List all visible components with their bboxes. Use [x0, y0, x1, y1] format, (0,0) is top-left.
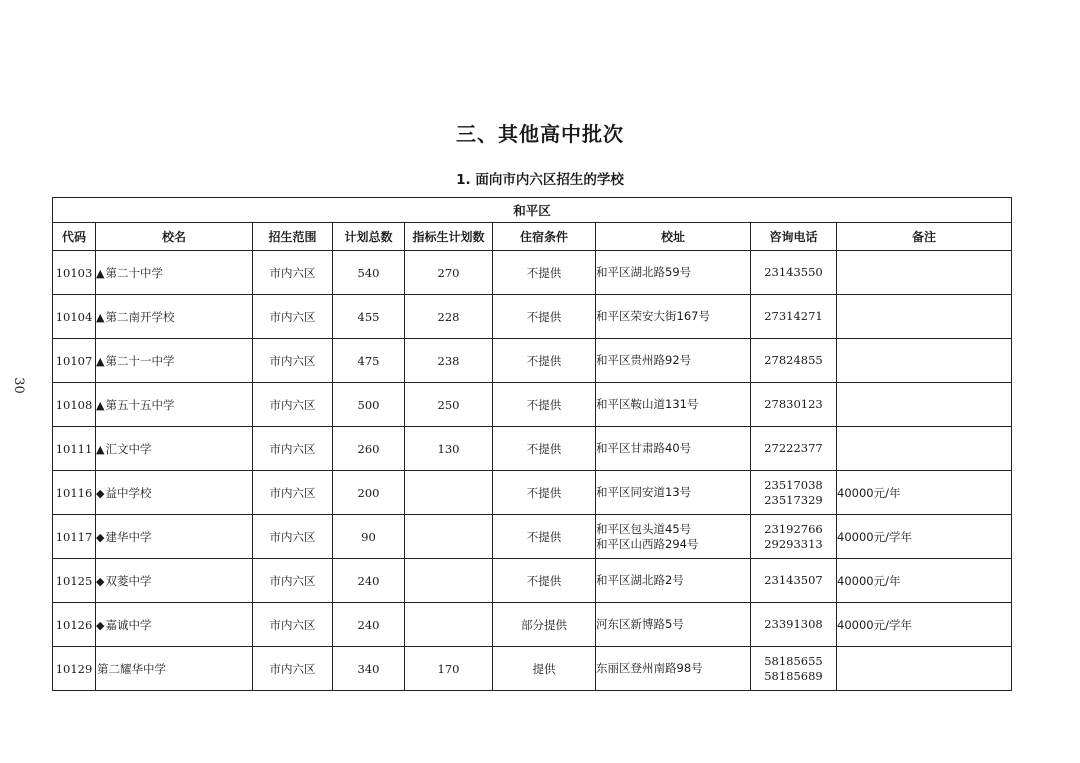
school-name: 汇文中学 — [105, 442, 151, 456]
school-code: 10117 — [53, 515, 96, 559]
quota-plan — [405, 559, 493, 603]
phone-cell: 27314271 — [751, 295, 837, 339]
table-row: 10108▲第五十五中学市内六区500250不提供和平区鞍山道131号27830… — [53, 383, 1012, 427]
school-code: 10104 — [53, 295, 96, 339]
quota-plan: 250 — [405, 383, 493, 427]
quota-plan — [405, 471, 493, 515]
remark: 40000元/年 — [837, 471, 1012, 515]
school-code: 10116 — [53, 471, 96, 515]
school-name-cell: ▲第二十中学 — [96, 251, 253, 295]
diamond-marker-icon: ◆ — [96, 575, 104, 588]
col-header-lodging: 住宿条件 — [493, 223, 596, 251]
school-name-cell: ▲汇文中学 — [96, 427, 253, 471]
plan-total: 475 — [333, 339, 405, 383]
quota-plan: 130 — [405, 427, 493, 471]
school-code: 10126 — [53, 603, 96, 647]
plan-total: 240 — [333, 559, 405, 603]
plan-total: 260 — [333, 427, 405, 471]
school-name: 第二十一中学 — [105, 354, 174, 368]
remark: 40000元/学年 — [837, 603, 1012, 647]
quota-plan: 270 — [405, 251, 493, 295]
table-row: 10116◆益中学校市内六区200不提供和平区同安道13号23517038235… — [53, 471, 1012, 515]
school-address: 和平区包头道45号 — [596, 522, 750, 537]
table-row: 10111▲汇文中学市内六区260130不提供和平区甘肃路40号27222377 — [53, 427, 1012, 471]
school-address: 和平区贵州路92号 — [596, 353, 750, 368]
plan-total: 540 — [333, 251, 405, 295]
lodging-condition: 不提供 — [493, 559, 596, 603]
contact-phone: 23143507 — [751, 573, 836, 588]
col-header-name: 校名 — [96, 223, 253, 251]
remark — [837, 339, 1012, 383]
enrollment-scope: 市内六区 — [253, 383, 333, 427]
lodging-condition: 不提供 — [493, 427, 596, 471]
enrollment-scope: 市内六区 — [253, 515, 333, 559]
remark — [837, 383, 1012, 427]
remark — [837, 647, 1012, 691]
col-header-total: 计划总数 — [333, 223, 405, 251]
remark: 40000元/学年 — [837, 515, 1012, 559]
col-header-address: 校址 — [596, 223, 751, 251]
col-header-scope: 招生范围 — [253, 223, 333, 251]
page-number: 30 — [11, 377, 26, 394]
school-name: 第二耀华中学 — [97, 662, 166, 676]
enrollment-scope: 市内六区 — [253, 647, 333, 691]
quota-plan — [405, 603, 493, 647]
school-code: 10103 — [53, 251, 96, 295]
phone-cell: 27824855 — [751, 339, 837, 383]
col-header-code: 代码 — [53, 223, 96, 251]
phone-cell: 2351703823517329 — [751, 471, 837, 515]
quota-plan: 238 — [405, 339, 493, 383]
table-row: 10104▲第二南开学校市内六区455228不提供和平区荣安大街167号2731… — [53, 295, 1012, 339]
lodging-condition: 不提供 — [493, 471, 596, 515]
enrollment-scope: 市内六区 — [253, 471, 333, 515]
school-address: 和平区山西路294号 — [596, 537, 750, 552]
address-cell: 和平区贵州路92号 — [596, 339, 751, 383]
lodging-condition: 不提供 — [493, 295, 596, 339]
lodging-condition: 不提供 — [493, 339, 596, 383]
address-cell: 和平区同安道13号 — [596, 471, 751, 515]
enrollment-scope: 市内六区 — [253, 427, 333, 471]
school-address: 和平区湖北路59号 — [596, 265, 750, 280]
phone-cell: 27830123 — [751, 383, 837, 427]
contact-phone: 27824855 — [751, 353, 836, 368]
plan-total: 500 — [333, 383, 405, 427]
school-name: 益中学校 — [105, 486, 151, 500]
school-name-cell: ◆益中学校 — [96, 471, 253, 515]
quota-plan: 170 — [405, 647, 493, 691]
section-title: 三、其他高中批次 — [0, 118, 1080, 147]
district-row: 和平区 — [53, 198, 1012, 223]
school-code: 10125 — [53, 559, 96, 603]
table-row: 10117◆建华中学市内六区90不提供和平区包头道45号和平区山西路294号23… — [53, 515, 1012, 559]
enrollment-scope: 市内六区 — [253, 339, 333, 383]
school-address: 和平区荣安大街167号 — [596, 309, 750, 324]
school-code: 10111 — [53, 427, 96, 471]
lodging-condition: 不提供 — [493, 251, 596, 295]
phone-cell: 23143550 — [751, 251, 837, 295]
address-cell: 和平区包头道45号和平区山西路294号 — [596, 515, 751, 559]
enrollment-scope: 市内六区 — [253, 559, 333, 603]
contact-phone: 23143550 — [751, 265, 836, 280]
contact-phone: 27314271 — [751, 309, 836, 324]
plan-total: 90 — [333, 515, 405, 559]
contact-phone: 58185689 — [751, 669, 836, 684]
plan-total: 240 — [333, 603, 405, 647]
contact-phone: 23517329 — [751, 493, 836, 508]
enrollment-scope: 市内六区 — [253, 603, 333, 647]
school-name-cell: ◆建华中学 — [96, 515, 253, 559]
school-name-cell: ▲第二十一中学 — [96, 339, 253, 383]
enrollment-scope: 市内六区 — [253, 251, 333, 295]
table-row: 10107▲第二十一中学市内六区475238不提供和平区贵州路92号278248… — [53, 339, 1012, 383]
address-cell: 和平区荣安大街167号 — [596, 295, 751, 339]
lodging-condition: 提供 — [493, 647, 596, 691]
school-code: 10129 — [53, 647, 96, 691]
address-cell: 和平区湖北路59号 — [596, 251, 751, 295]
quota-plan — [405, 515, 493, 559]
triangle-marker-icon: ▲ — [96, 311, 104, 324]
phone-cell: 23391308 — [751, 603, 837, 647]
triangle-marker-icon: ▲ — [96, 399, 104, 412]
table-row: 10126◆嘉诚中学市内六区240部分提供河东区新博路5号23391308400… — [53, 603, 1012, 647]
contact-phone: 27222377 — [751, 441, 836, 456]
table-row: 10103▲第二十中学市内六区540270不提供和平区湖北路59号2314355… — [53, 251, 1012, 295]
contact-phone: 27830123 — [751, 397, 836, 412]
school-name-cell: ◆双菱中学 — [96, 559, 253, 603]
remark — [837, 427, 1012, 471]
school-name: 建华中学 — [105, 530, 151, 544]
school-name: 第二十中学 — [105, 266, 163, 280]
contact-phone: 23391308 — [751, 617, 836, 632]
school-address: 东丽区登州南路98号 — [596, 661, 750, 676]
triangle-marker-icon: ▲ — [96, 443, 104, 456]
contact-phone: 23192766 — [751, 522, 836, 537]
lodging-condition: 部分提供 — [493, 603, 596, 647]
plan-total: 200 — [333, 471, 405, 515]
table-row: 10125◆双菱中学市内六区240不提供和平区湖北路2号231435074000… — [53, 559, 1012, 603]
address-cell: 和平区湖北路2号 — [596, 559, 751, 603]
school-address: 河东区新博路5号 — [596, 617, 750, 632]
school-name-cell: 第二耀华中学 — [96, 647, 253, 691]
school-address: 和平区甘肃路40号 — [596, 441, 750, 456]
school-name-cell: ◆嘉诚中学 — [96, 603, 253, 647]
school-name: 第二南开学校 — [105, 310, 174, 324]
contact-phone: 23517038 — [751, 478, 836, 493]
school-name: 第五十五中学 — [105, 398, 174, 412]
header-row: 代码 校名 招生范围 计划总数 指标生计划数 住宿条件 校址 咨询电话 备注 — [53, 223, 1012, 251]
contact-phone: 58185655 — [751, 654, 836, 669]
diamond-marker-icon: ◆ — [96, 531, 104, 544]
school-code: 10107 — [53, 339, 96, 383]
plan-total: 455 — [333, 295, 405, 339]
lodging-condition: 不提供 — [493, 515, 596, 559]
section-subtitle: 1. 面向市内六区招生的学校 — [0, 168, 1080, 188]
school-table: 和平区 代码 校名 招生范围 计划总数 指标生计划数 住宿条件 校址 咨询电话 … — [52, 197, 1012, 691]
phone-cell: 5818565558185689 — [751, 647, 837, 691]
district-label: 和平区 — [53, 198, 1012, 223]
phone-cell: 27222377 — [751, 427, 837, 471]
school-name-cell: ▲第五十五中学 — [96, 383, 253, 427]
school-code: 10108 — [53, 383, 96, 427]
school-name: 嘉诚中学 — [105, 618, 151, 632]
school-name-cell: ▲第二南开学校 — [96, 295, 253, 339]
remark: 40000元/年 — [837, 559, 1012, 603]
col-header-phone: 咨询电话 — [751, 223, 837, 251]
school-address: 和平区鞍山道131号 — [596, 397, 750, 412]
phone-cell: 23143507 — [751, 559, 837, 603]
quota-plan: 228 — [405, 295, 493, 339]
col-header-note: 备注 — [837, 223, 1012, 251]
lodging-condition: 不提供 — [493, 383, 596, 427]
phone-cell: 2319276629293313 — [751, 515, 837, 559]
remark — [837, 251, 1012, 295]
address-cell: 和平区鞍山道131号 — [596, 383, 751, 427]
remark — [837, 295, 1012, 339]
school-address: 和平区同安道13号 — [596, 485, 750, 500]
address-cell: 河东区新博路5号 — [596, 603, 751, 647]
plan-total: 340 — [333, 647, 405, 691]
school-address: 和平区湖北路2号 — [596, 573, 750, 588]
school-name: 双菱中学 — [105, 574, 151, 588]
table-row: 10129第二耀华中学市内六区340170提供东丽区登州南路98号5818565… — [53, 647, 1012, 691]
diamond-marker-icon: ◆ — [96, 487, 104, 500]
triangle-marker-icon: ▲ — [96, 355, 104, 368]
col-header-quota: 指标生计划数 — [405, 223, 493, 251]
address-cell: 和平区甘肃路40号 — [596, 427, 751, 471]
address-cell: 东丽区登州南路98号 — [596, 647, 751, 691]
enrollment-scope: 市内六区 — [253, 295, 333, 339]
diamond-marker-icon: ◆ — [96, 619, 104, 632]
triangle-marker-icon: ▲ — [96, 267, 104, 280]
contact-phone: 29293313 — [751, 537, 836, 552]
